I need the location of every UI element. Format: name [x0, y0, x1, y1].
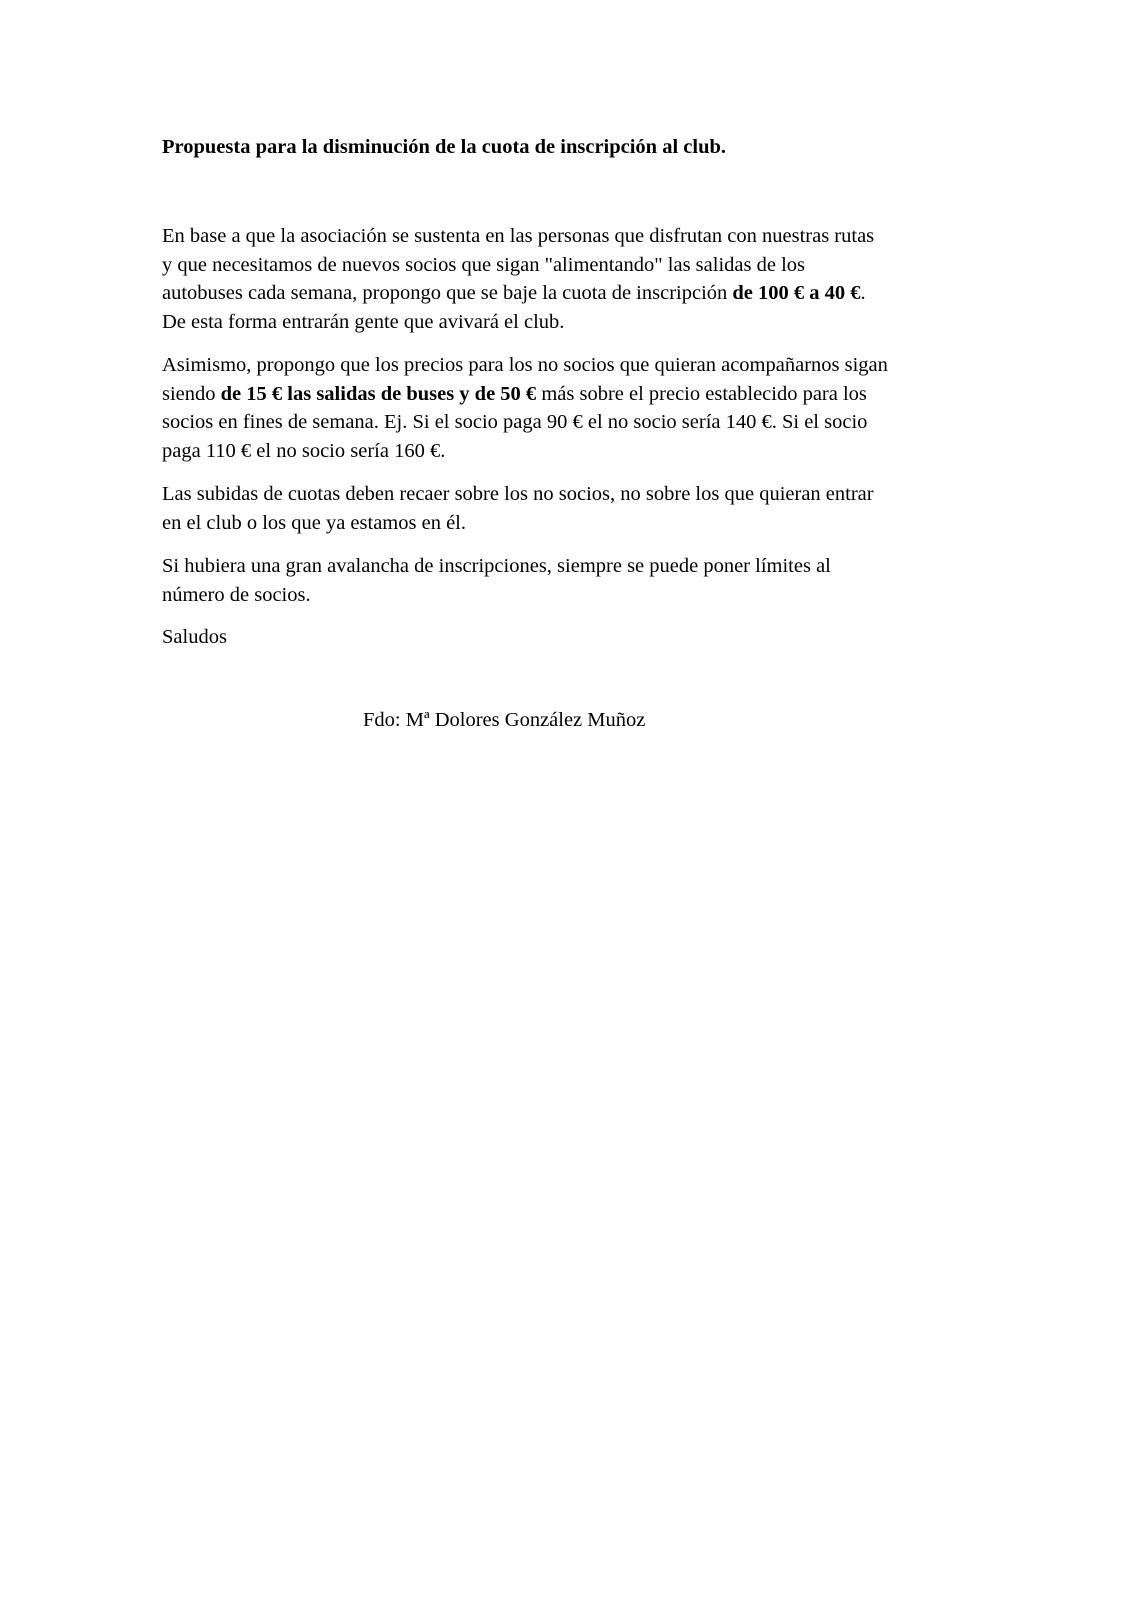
text-run: en el club o los que ya estamos en él. — [162, 512, 466, 534]
text-line: y que necesitamos de nuevos socios que s… — [162, 251, 992, 280]
text-run: De esta forma entrarán gente que avivará… — [162, 311, 564, 333]
text-line: En base a que la asociación se sustenta … — [162, 222, 992, 251]
text-line: Si hubiera una gran avalancha de inscrip… — [162, 552, 992, 581]
text-line: Saludos — [162, 623, 992, 652]
bold-text-run: de 15 € las salidas de buses y de 50 € — [221, 383, 537, 405]
text-run: Las subidas de cuotas deben recaer sobre… — [162, 483, 874, 505]
text-run: paga 110 € el no socio sería 160 €. — [162, 440, 445, 462]
paragraph-fee-increases: Las subidas de cuotas deben recaer sobre… — [162, 480, 992, 537]
text-run: En base a que la asociación se sustenta … — [162, 225, 874, 247]
paragraph-fee-reduction: En base a que la asociación se sustenta … — [162, 222, 992, 336]
paragraph-non-member-prices: Asimismo, propongo que los precios para … — [162, 351, 992, 465]
paragraph-member-limits: Si hubiera una gran avalancha de inscrip… — [162, 552, 992, 609]
text-run: siendo — [162, 383, 221, 405]
text-run: y que necesitamos de nuevos socios que s… — [162, 254, 805, 276]
text-run: más sobre el precio establecido para los — [536, 383, 867, 405]
document-page: Propuesta para la disminución de la cuot… — [0, 0, 1131, 1600]
text-run: autobuses cada semana, propongo que se b… — [162, 282, 732, 304]
signature: Fdo: Mª Dolores González Muñoz — [363, 709, 645, 732]
text-line: autobuses cada semana, propongo que se b… — [162, 279, 992, 308]
text-run: Saludos — [162, 626, 227, 648]
text-run: socios en fines de semana. Ej. Si el soc… — [162, 411, 867, 433]
document-title: Propuesta para la disminución de la cuot… — [162, 136, 726, 159]
text-line: número de socios. — [162, 581, 992, 610]
text-line: socios en fines de semana. Ej. Si el soc… — [162, 408, 992, 437]
text-line: en el club o los que ya estamos en él. — [162, 509, 992, 538]
bold-text-run: de 100 € a 40 € — [732, 282, 860, 304]
text-run: Asimismo, propongo que los precios para … — [162, 354, 888, 376]
text-line: Asimismo, propongo que los precios para … — [162, 351, 992, 380]
text-run: Si hubiera una gran avalancha de inscrip… — [162, 555, 831, 577]
paragraph-greeting: Saludos — [162, 623, 992, 652]
text-run: . — [861, 282, 866, 304]
text-line: paga 110 € el no socio sería 160 €. — [162, 437, 992, 466]
text-line: De esta forma entrarán gente que avivará… — [162, 308, 992, 337]
text-line: siendo de 15 € las salidas de buses y de… — [162, 380, 992, 409]
text-run: número de socios. — [162, 584, 311, 606]
text-line: Las subidas de cuotas deben recaer sobre… — [162, 480, 992, 509]
